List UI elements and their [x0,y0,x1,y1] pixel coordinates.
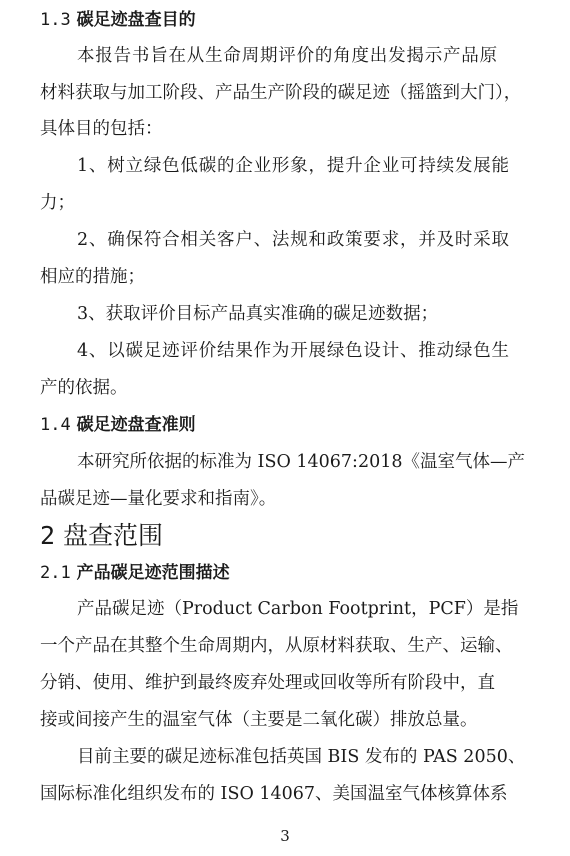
heading-number: 2.1 [40,563,71,583]
heading-2: 2 盘查范围 [40,521,163,551]
heading-number: 1.4 [40,415,71,435]
list-item-2: 2、确保符合相关客户、法规和政策要求，并及时采取 [77,229,510,251]
paragraph-line: 具体目的包括： [40,118,163,140]
paragraph-line: 接或间接产生的温室气体（主要是二氧化碳）排放总量。 [40,709,478,731]
heading-number: 1.3 [40,10,71,30]
document-page: 1.3 碳足迹盘查目的 本报告书旨在从生命周期评价的角度出发揭示产品原 材料获取… [0,0,570,856]
list-item-1-cont: 力； [40,192,75,214]
heading-title: 盘查范围 [63,521,163,550]
list-item-1: 1、树立绿色低碳的企业形象，提升企业可持续发展能 [77,155,510,177]
heading-title: 产品碳足迹范围描述 [77,563,230,583]
list-item-2-cont: 相应的措施； [40,266,145,288]
heading-1-4: 1.4 碳足迹盘查准则 [40,414,196,436]
heading-1-3: 1.3 碳足迹盘查目的 [40,9,196,31]
heading-title: 碳足迹盘查目的 [77,10,196,30]
paragraph-line: 材料获取与加工阶段、产品生产阶段的碳足迹（摇篮到大门）， [40,82,521,104]
paragraph-line: 产品碳足迹（Product Carbon Footprint，PCF）是指 [77,598,518,620]
page-number: 3 [0,827,570,845]
paragraph-line: 本报告书旨在从生命周期评价的角度出发揭示产品原 [77,45,498,67]
list-item-4-cont: 产的依据。 [40,377,128,399]
heading-title: 碳足迹盘查准则 [77,415,196,435]
paragraph-line: 分销、使用、维护到最终废弃处理或回收等所有阶段中，直 [40,672,495,694]
paragraph-line: 国际标准化组织发布的 ISO 14067、美国温室气体核算体系 [40,783,508,805]
list-item-4: 4、以碳足迹评价结果作为开展绿色设计、推动绿色生 [77,340,510,362]
paragraph-line: 品碳足迹—量化要求和指南》。 [40,488,276,510]
paragraph-line: 一个产品在其整个生命周期内，从原材料获取、生产、运输、 [40,635,513,657]
list-item-3: 3、获取评价目标产品真实准确的碳足迹数据； [77,303,438,325]
heading-number: 2 [40,521,55,550]
heading-2-1: 2.1 产品碳足迹范围描述 [40,562,230,584]
paragraph-line: 本研究所依据的标准为 ISO 14067:2018《温室气体—产 [77,451,525,473]
paragraph-line: 目前主要的碳足迹标准包括英国 BIS 发布的 PAS 2050、 [77,746,525,768]
